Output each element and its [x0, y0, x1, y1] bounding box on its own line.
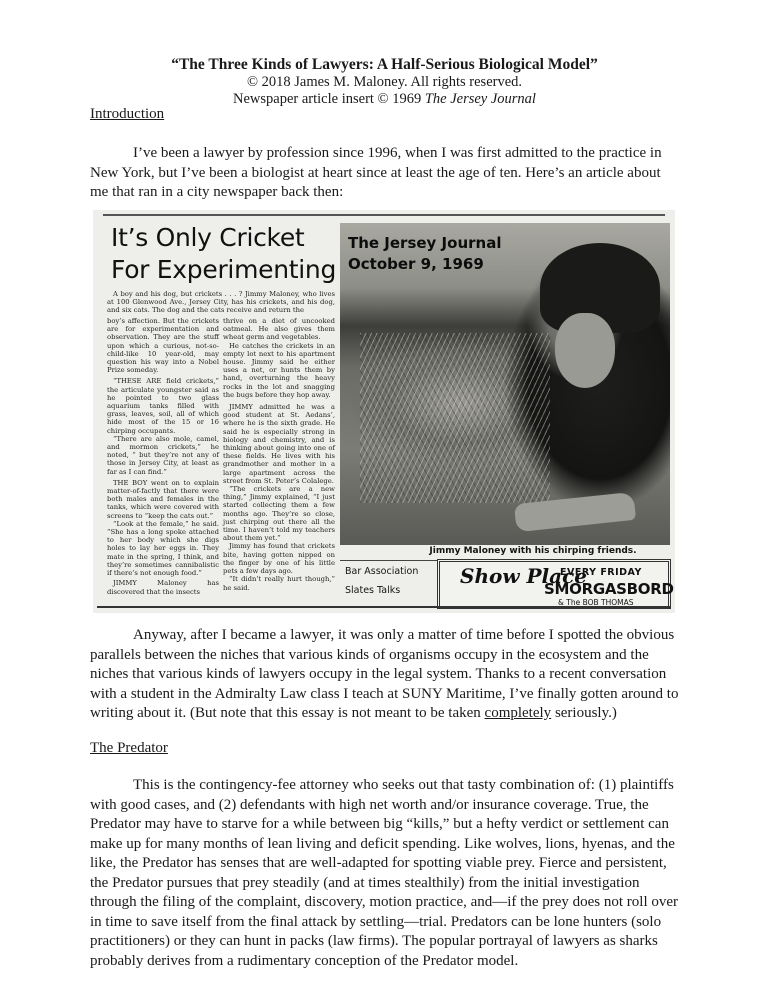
photo-grass-tank: [360, 333, 550, 503]
clipping-torn-edge: [97, 606, 671, 608]
clipping-column-b: thrive on a diet of uncooked oatmeal. He…: [223, 317, 335, 592]
intro-paragraph: I’ve been a lawyer by profession since 1…: [90, 144, 680, 203]
headline-line-2: For Experimenting: [111, 254, 341, 286]
clipping-headline: It’s Only Cricket For Experimenting: [111, 222, 341, 286]
anyway-paragraph: Anyway, after I became a lawyer, it was …: [90, 626, 680, 724]
clipping-column-a: boy’s affection. But the crickets are fo…: [107, 317, 219, 596]
photo-boy-face: [555, 313, 615, 388]
clipping-lead: A boy and his dog, but crickets . . . ? …: [107, 290, 335, 315]
headline-line-1: It’s Only Cricket: [111, 222, 341, 254]
document-header: “The Three Kinds of Lawyers: A Half-Seri…: [0, 56, 769, 108]
predator-paragraph: This is the contingency-fee attorney who…: [90, 776, 680, 971]
section-heading-introduction: Introduction: [90, 105, 164, 123]
emphasis-completely: completely: [485, 705, 552, 721]
photo-overlay-label: The Jersey Journal October 9, 1969: [348, 233, 501, 275]
insert-credit-prefix: Newspaper article insert © 1969: [233, 91, 425, 107]
document-title: “The Three Kinds of Lawyers: A Half-Seri…: [0, 56, 769, 74]
photo-caption: Jimmy Maloney with his chirping friends.: [393, 546, 673, 556]
clipping-rule: [103, 214, 665, 216]
insert-credit-source: The Jersey Journal: [425, 91, 536, 107]
sidebar-headline-1: Bar Association: [345, 566, 418, 577]
newspaper-clipping: It’s Only Cricket For Experimenting A bo…: [93, 210, 675, 613]
ad-every-friday: EVERY FRIDAY: [560, 567, 642, 578]
copyright-line: © 2018 James M. Maloney. All rights rese…: [0, 74, 769, 91]
newspaper-photo: The Jersey Journal October 9, 1969: [340, 223, 670, 545]
sidebar-headline-2: Slates Talks: [345, 585, 400, 596]
ad-smorgasbord: SMORGASBORD: [544, 580, 674, 598]
section-heading-predator: The Predator: [90, 739, 168, 757]
smorgasbord-ad: Show Place EVERY FRIDAY SMORGASBORD & Th…: [437, 559, 671, 609]
